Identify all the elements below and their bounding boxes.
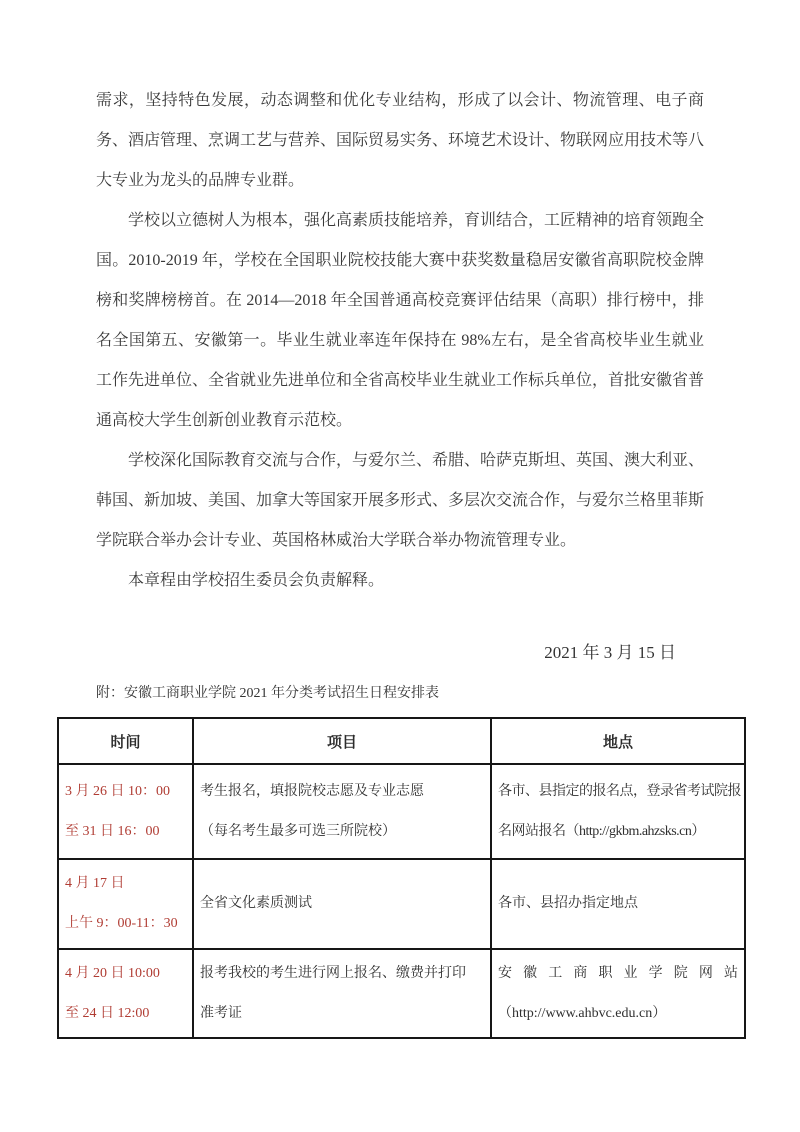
schedule-table: 时间 项目 地点 3 月 26 日 10：00 至 31 日 16：00 考生报… — [57, 717, 746, 1039]
place-line: 各市、县指定的报名点，登录省考试院报 — [498, 772, 738, 812]
header-time: 时间 — [58, 718, 193, 764]
cell-time-registration: 3 月 26 日 10：00 至 31 日 16：00 — [58, 764, 193, 859]
header-place: 地点 — [491, 718, 745, 764]
cell-time-culture-test: 4 月 17 日 上午 9：00-11：30 — [58, 859, 193, 949]
header-item: 项目 — [193, 718, 491, 764]
time-line: 至 24 日 12:00 — [65, 994, 186, 1034]
paragraph-achievements: 学校以立德树人为根本，强化高素质技能培养，育训结合，工匠精神的培育领跑全国。20… — [96, 201, 704, 441]
place-line: 安徽工商职业学院网站 — [498, 954, 738, 994]
document-page: 需求，坚持特色发展，动态调整和优化专业结构，形成了以会计、物流管理、电子商务、酒… — [0, 0, 800, 1132]
cell-place-registration: 各市、县指定的报名点，登录省考试院报 名网站报名（http://gkbm.ahz… — [491, 764, 745, 859]
place-line: 各市、县招办指定地点 — [498, 884, 738, 924]
table-header-row: 时间 项目 地点 — [58, 718, 745, 764]
item-line: 报考我校的考生进行网上报名、缴费并打印 — [200, 954, 484, 994]
time-line: 4 月 20 日 10:00 — [65, 954, 186, 994]
paragraph-international: 学校深化国际教育交流与合作，与爱尔兰、希腊、哈萨克斯坦、英国、澳大利亚、韩国、新… — [96, 441, 704, 561]
time-line: 4 月 17 日 — [65, 864, 186, 904]
cell-place-online-signup: 安徽工商职业学院网站 （http://www.ahbvc.edu.cn） — [491, 949, 745, 1038]
item-line: 考生报名，填报院校志愿及专业志愿 — [200, 772, 484, 812]
cell-item-culture-test: 全省文化素质测试 — [193, 859, 491, 949]
cell-place-culture-test: 各市、县招办指定地点 — [491, 859, 745, 949]
table-row-registration: 3 月 26 日 10：00 至 31 日 16：00 考生报名，填报院校志愿及… — [58, 764, 745, 859]
cell-item-online-signup: 报考我校的考生进行网上报名、缴费并打印 准考证 — [193, 949, 491, 1038]
document-date: 2021 年 3 月 15 日 — [544, 633, 676, 673]
cell-item-registration: 考生报名，填报院校志愿及专业志愿 （每名考生最多可选三所院校） — [193, 764, 491, 859]
item-line: （每名考生最多可选三所院校） — [200, 812, 484, 852]
body-text: 需求，坚持特色发展，动态调整和优化专业结构，形成了以会计、物流管理、电子商务、酒… — [0, 0, 800, 601]
cell-time-online-signup: 4 月 20 日 10:00 至 24 日 12:00 — [58, 949, 193, 1038]
place-line: 名网站报名（http://gkbm.ahzsks.cn） — [498, 812, 738, 852]
paragraph-majors: 需求，坚持特色发展，动态调整和优化专业结构，形成了以会计、物流管理、电子商务、酒… — [96, 81, 704, 201]
attachment-title: 附：安徽工商职业学院 2021 年分类考试招生日程安排表 — [96, 684, 800, 704]
table-row-online-signup: 4 月 20 日 10:00 至 24 日 12:00 报考我校的考生进行网上报… — [58, 949, 745, 1038]
time-line: 至 31 日 16：00 — [65, 812, 186, 852]
item-line: 全省文化素质测试 — [200, 884, 484, 924]
time-line: 上午 9：00-11：30 — [65, 904, 186, 944]
table-row-culture-test: 4 月 17 日 上午 9：00-11：30 全省文化素质测试 各市、县招办指定… — [58, 859, 745, 949]
schedule-table-container: 时间 项目 地点 3 月 26 日 10：00 至 31 日 16：00 考生报… — [57, 717, 800, 1039]
item-line: 准考证 — [200, 994, 484, 1034]
time-line: 3 月 26 日 10：00 — [65, 772, 186, 812]
paragraph-interpretation: 本章程由学校招生委员会负责解释。 — [96, 561, 704, 601]
place-line: （http://www.ahbvc.edu.cn） — [498, 994, 738, 1034]
